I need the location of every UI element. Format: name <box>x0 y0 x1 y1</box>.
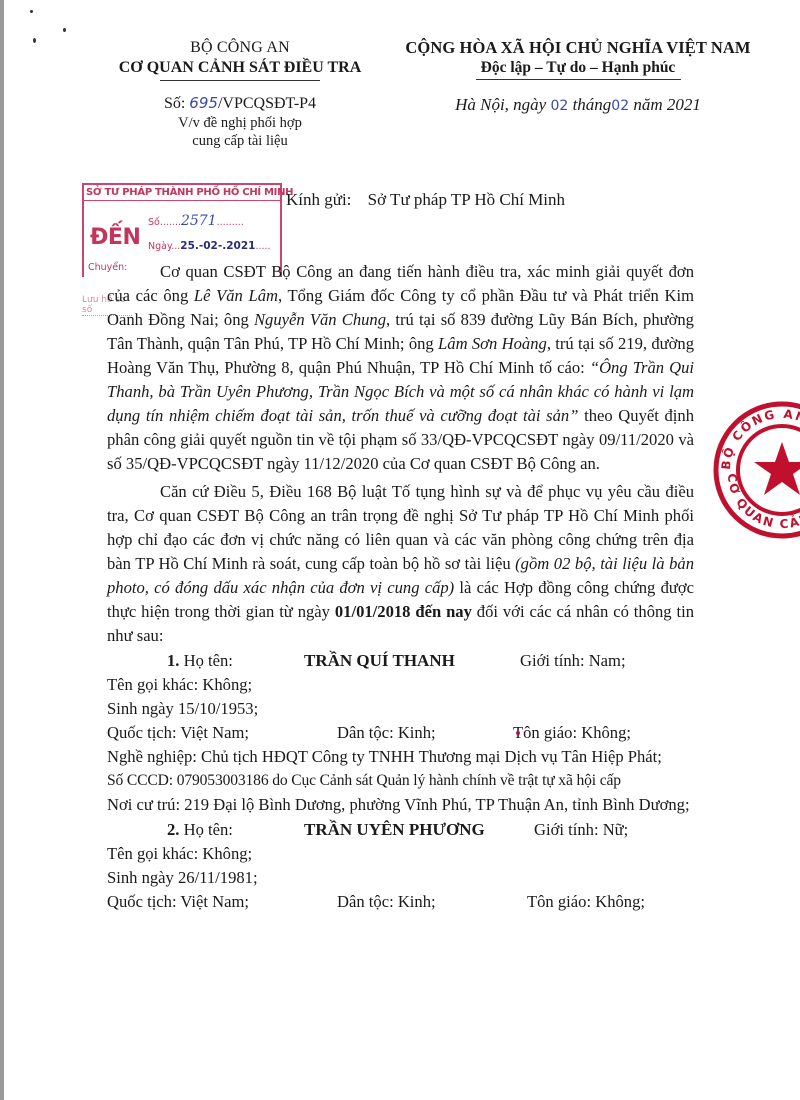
issuer-header: BỘ CÔNG AN CƠ QUAN CẢNH SÁT ĐIỀU TRA Số:… <box>95 38 385 150</box>
document-page: BỘ CÔNG AN CƠ QUAN CẢNH SÁT ĐIỀU TRA Số:… <box>0 0 800 1100</box>
national-header: CỘNG HÒA XÃ HỘI CHỦ NGHĨA VIỆT NAM Độc l… <box>368 38 788 117</box>
person-2-name: TRẦN UYÊN PHƯƠNG <box>304 817 534 842</box>
stamp-date: Ngày...25.-02-.2021..... <box>148 240 271 252</box>
stamp-title: SỞ TƯ PHÁP THÀNH PHỐ HỒ CHÍ MINH <box>84 185 280 201</box>
ink-dot <box>516 731 520 735</box>
person-1-name: TRẦN QUÍ THANH <box>304 648 520 673</box>
motto-underline <box>476 79 681 80</box>
letter-body: Cơ quan CSĐT Bộ Công an đang tiến hành đ… <box>107 260 694 914</box>
addressee: Kính gửi: Sở Tư pháp TP Hồ Chí Minh <box>286 190 565 210</box>
national-motto: Độc lập – Tự do – Hạnh phúc <box>368 58 788 78</box>
subject-line-2: cung cấp tài liệu <box>95 132 385 150</box>
document-number: Số: 695/VPCQSĐT-P4 <box>95 93 385 114</box>
paragraph-request: Căn cứ Điều 5, Điều 168 Bộ luật Tố tụng … <box>107 480 694 648</box>
agency-name: CƠ QUAN CẢNH SÁT ĐIỀU TRA <box>119 58 362 80</box>
issue-date: Hà Nội, ngày 02 tháng02 năm 2021 <box>368 94 788 117</box>
stamp-den-label: ĐẾN <box>90 225 140 250</box>
recipient-name: Sở Tư pháp TP Hồ Chí Minh <box>368 190 565 209</box>
star-seal-icon: BỘ CÔNG AN CƠ QUAN CẢNH <box>712 400 800 540</box>
person-1-heading: 1. Họ tên:TRẦN QUÍ THANHGiới tính: Nam; <box>107 648 694 673</box>
person-2: 2. Họ tên:TRẦN UYÊN PHƯƠNGGiới tính: Nữ;… <box>107 817 694 914</box>
paragraph-investigation: Cơ quan CSĐT Bộ Công an đang tiến hành đ… <box>107 260 694 476</box>
stamp-number: Số.......2571......... <box>148 213 244 229</box>
person-2-heading: 2. Họ tên:TRẦN UYÊN PHƯƠNGGiới tính: Nữ; <box>107 817 694 842</box>
person-1: 1. Họ tên:TRẦN QUÍ THANHGiới tính: Nam; … <box>107 648 694 817</box>
handwritten-number: 695 <box>189 94 218 112</box>
nation-title: CỘNG HÒA XÃ HỘI CHỦ NGHĨA VIỆT NAM <box>368 38 788 58</box>
ministry-name: BỘ CÔNG AN <box>95 38 385 58</box>
header-underline <box>160 80 320 81</box>
subject-line-1: V/v đề nghị phối hợp <box>95 114 385 132</box>
